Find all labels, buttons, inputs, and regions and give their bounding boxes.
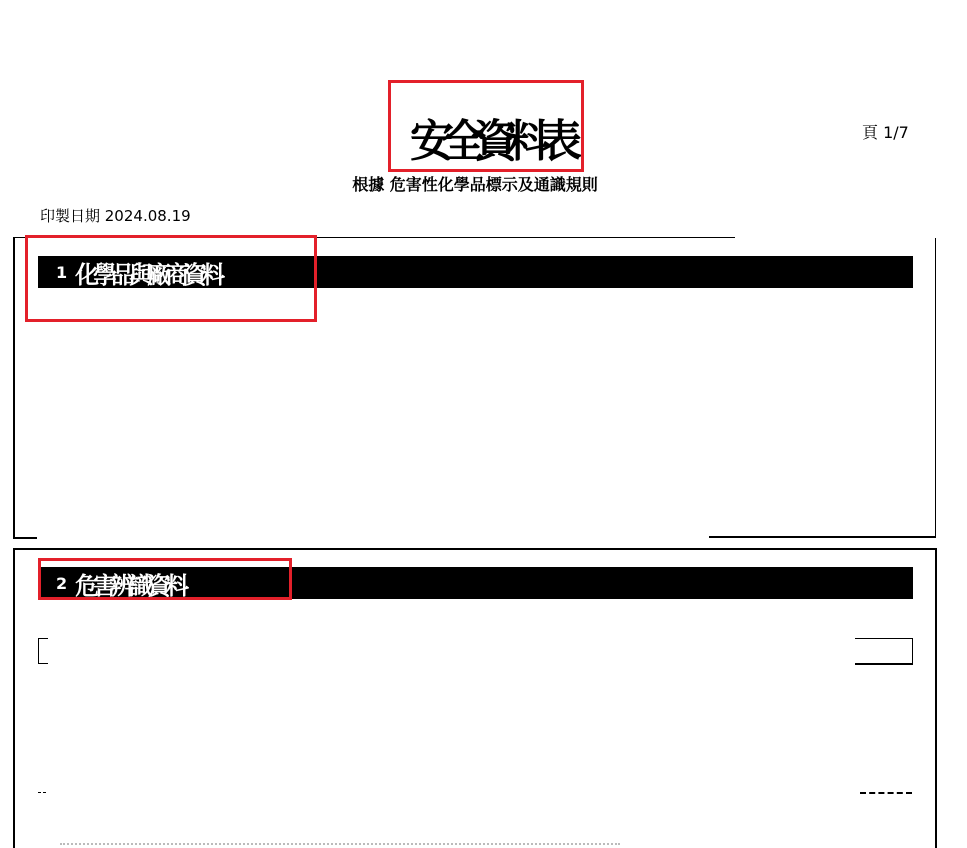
table-bracket-left bbox=[38, 638, 48, 664]
section2-left-border bbox=[13, 548, 15, 848]
dashed-line-left bbox=[38, 792, 46, 793]
document-subtitle: 根據 危害性化學品標示及通識規則 bbox=[300, 172, 650, 195]
dotted-text-fragment bbox=[60, 843, 620, 845]
section1-highlight-box bbox=[25, 235, 317, 322]
section1-bottom-right bbox=[709, 536, 936, 538]
print-date: 印製日期 2024.08.19 bbox=[40, 205, 191, 226]
section1-left-border bbox=[13, 237, 15, 539]
table-bracket-right bbox=[855, 638, 913, 665]
page-number: 頁 1/7 bbox=[862, 120, 909, 143]
section1-bottom-left bbox=[13, 537, 37, 539]
dashed-line-right bbox=[860, 792, 912, 794]
section2-top-border bbox=[13, 548, 936, 550]
section2-right-border bbox=[935, 548, 937, 848]
section2-highlight-box bbox=[38, 558, 292, 600]
section1-right-border bbox=[935, 238, 936, 538]
title-highlight-box bbox=[388, 80, 584, 172]
